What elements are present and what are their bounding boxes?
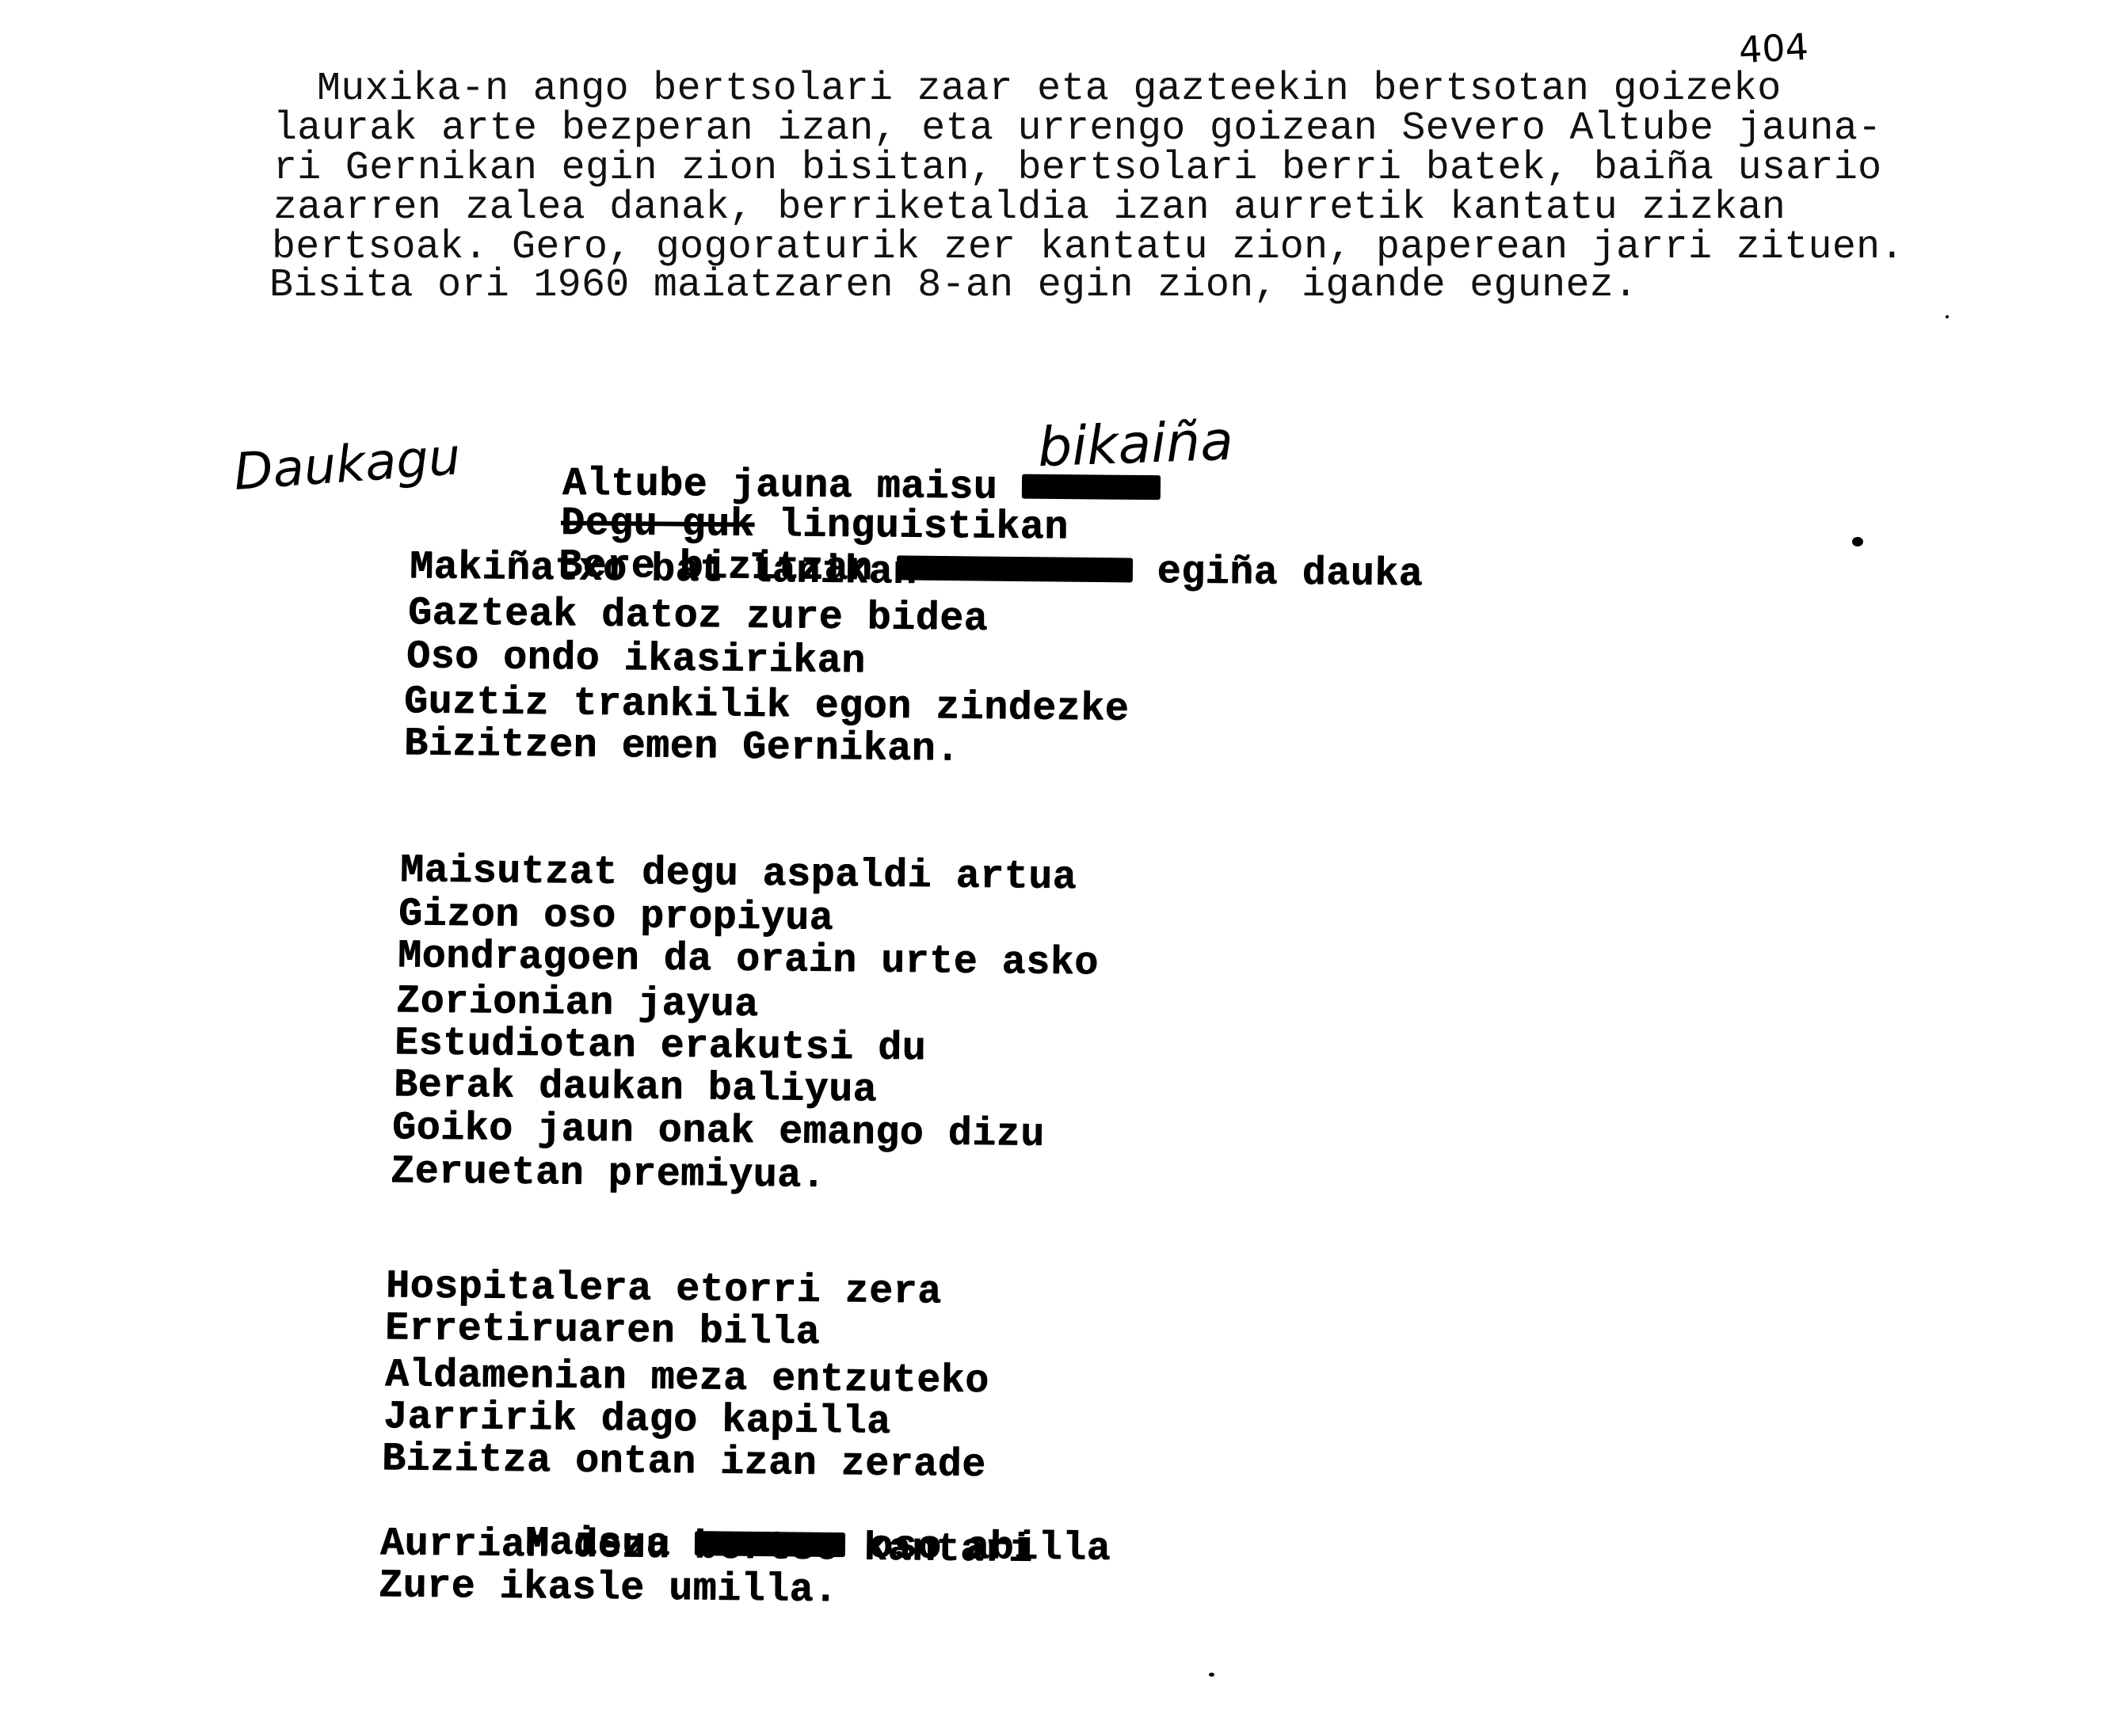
- verse-line: Mondragoen da orain urte asko: [398, 937, 1099, 984]
- verse-line: Goiko jaun onak emango dizu: [392, 1109, 1045, 1155]
- intro-line: laurak arte bezperan izan, eta urrengo g…: [273, 109, 1881, 149]
- verse-line: Maisutzat degu aspaldi artua: [400, 851, 1077, 898]
- scan-speck: [1946, 315, 1949, 318]
- intro-line: Muxika-n ango bertsolari zaar eta gaztee…: [317, 70, 1782, 109]
- scan-speck: [1209, 1673, 1214, 1677]
- verse-line: Bizitzen emen Gernikan.: [404, 725, 960, 770]
- verse-line: Jarririk dago kapilla: [383, 1398, 891, 1443]
- intro-line: Bisita ori 1960 maiatzaren 8-an egin zio…: [269, 266, 1637, 306]
- intro-line: bertsoak. Gero, gogoraturik zer kantatu …: [272, 228, 1904, 268]
- verse-line: Zeruetan premiyua.: [391, 1152, 826, 1197]
- scan-speck: [1852, 537, 1863, 546]
- verse-line: Oso ondo ikasirikan: [406, 638, 866, 682]
- verse-line: Zorionian jayua: [396, 982, 759, 1026]
- handwritten-page-number: 404: [1738, 29, 1809, 69]
- verse-line: Hospitalera etorri zera: [386, 1267, 942, 1312]
- verse-line: Gizon oso propiyua: [398, 895, 834, 939]
- handwritten-correction-inline: bikaiña: [1037, 415, 1234, 476]
- verse-line: Erretiruaren billa: [385, 1309, 821, 1353]
- scanned-document-page: 404 Muxika-n ango bertsolari zaar eta ga…: [0, 0, 2104, 1736]
- verse-line: Bizitza ontan izan zerade: [382, 1440, 986, 1486]
- intro-line: zaarren zalea danak, berriketaldia izan …: [273, 188, 1786, 228]
- verse-line: Zure ikasle umilla.: [379, 1567, 838, 1611]
- redacted-word: [897, 555, 1133, 582]
- verse-line: Berak daukan baliyua: [394, 1066, 878, 1110]
- intro-line: ri Gernikan egin zion bisitan, bertsolar…: [273, 149, 1881, 188]
- verse-line: Makiñatxo bat lanikan: [410, 548, 917, 593]
- verse-line: Estudiotan erakutsi du: [394, 1024, 927, 1069]
- handwritten-correction-margin: Daukagu: [232, 432, 462, 498]
- verse-text: egiña dauka: [1133, 550, 1424, 598]
- verse-line: Gazteak datoz zure bidea: [408, 594, 989, 640]
